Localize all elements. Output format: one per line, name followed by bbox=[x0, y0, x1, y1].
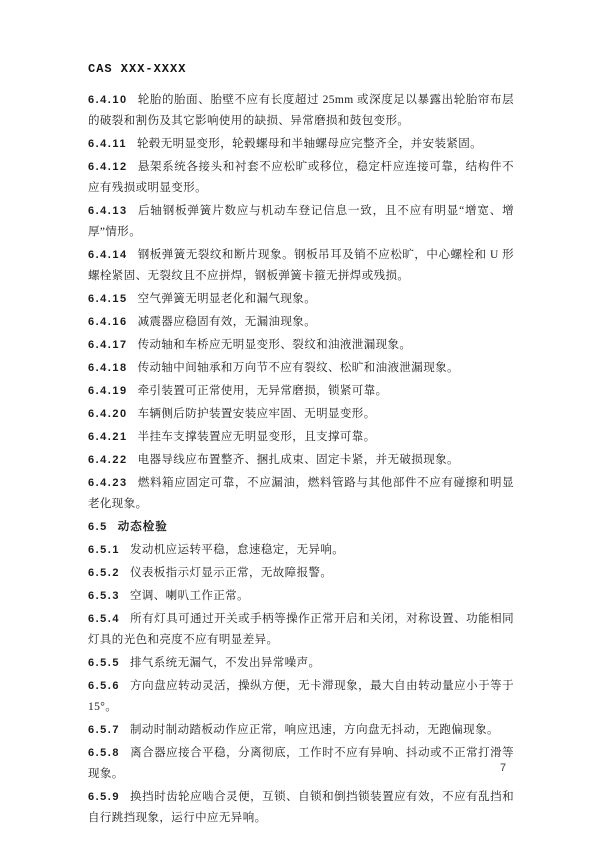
clause-number: 6.4.17 bbox=[88, 339, 128, 351]
clause-6-4-21: 6.4.21半挂车支撑装置应无明显变形，且支撑可靠。 bbox=[88, 427, 514, 448]
clause-number: 6.4.19 bbox=[88, 385, 128, 397]
clause-number: 6.4.13 bbox=[88, 205, 128, 217]
page-number: 7 bbox=[500, 762, 506, 774]
clause-text: 电器导线应布置整齐、捆扎成束、固定卡紧，并无破损现象。 bbox=[138, 454, 459, 466]
clause-6-4-20: 6.4.20车辆侧后防护装置安装应牢固、无明显变形。 bbox=[88, 404, 514, 425]
clause-6-5-5: 6.5.5排气系统无漏气，不发出异常噪声。 bbox=[88, 653, 514, 674]
clause-number: 6.5.7 bbox=[88, 724, 120, 736]
clause-text: 空调、喇叭工作正常。 bbox=[130, 590, 249, 602]
clause-text: 离合器应接合平稳，分离彻底，工作时不应有异响、抖动或不正常打滑等现象。 bbox=[88, 747, 514, 780]
clause-6-5-3: 6.5.3空调、喇叭工作正常。 bbox=[88, 586, 514, 607]
clause-number: 6.4.21 bbox=[88, 431, 128, 443]
clause-6-5-9: 6.5.9换挡时齿轮应啮合灵便，互锁、自锁和倒挡锁装置应有效，不应有乱挡和自行跳… bbox=[88, 787, 514, 829]
clause-number: 6.5.2 bbox=[88, 567, 120, 579]
clause-number: 6.4.16 bbox=[88, 316, 128, 328]
clause-text: 仪表板指示灯显示正常，无故障报警。 bbox=[130, 567, 332, 579]
clause-number: 6.5.3 bbox=[88, 590, 120, 602]
clause-6-4-19: 6.4.19牵引装置可正常使用，无异常磨损，锁紧可靠。 bbox=[88, 381, 514, 402]
clause-6-5-8: 6.5.8离合器应接合平稳，分离彻底，工作时不应有异响、抖动或不正常打滑等现象。 bbox=[88, 743, 514, 785]
clause-text: 减震器应稳固有效，无漏油现象。 bbox=[138, 316, 317, 328]
clause-text: 车辆侧后防护装置安装应牢固、无明显变形。 bbox=[138, 408, 376, 420]
clause-text: 半挂车支撑装置应无明显变形，且支撑可靠。 bbox=[138, 431, 376, 443]
clause-6-4-13: 6.4.13后轴钢板弹簧片数应与机动车登记信息一致，且不应有明显“增宽、增厚”情… bbox=[88, 201, 514, 243]
clause-6-5-6: 6.5.6方向盘应转动灵活，操纵方便，无卡滞现象，最大自由转动量应小于等于 15… bbox=[88, 676, 514, 718]
section-heading-text: 动态检验 bbox=[118, 521, 168, 533]
clause-number: 6.4.11 bbox=[88, 138, 127, 150]
clause-number: 6.4.12 bbox=[88, 161, 128, 173]
clause-6-4-18: 6.4.18传动轴中间轴承和万向节不应有裂纹、松旷和油液泄漏现象。 bbox=[88, 358, 514, 379]
clause-number: 6.4.15 bbox=[88, 293, 128, 305]
clause-number: 6.4.18 bbox=[88, 362, 128, 374]
clause-number: 6.4.14 bbox=[88, 249, 128, 261]
clause-number: 6.5.5 bbox=[88, 657, 120, 669]
clause-6-5-7: 6.5.7制动时制动踏板动作应正常，响应迅速，方向盘无抖动，无跑偏现象。 bbox=[88, 720, 514, 741]
clause-number: 6.5.9 bbox=[88, 791, 120, 803]
clause-text: 钢板弹簧无裂纹和断片现象。钢板吊耳及销不应松旷，中心螺栓和 U 形螺栓紧固、无裂… bbox=[88, 249, 514, 282]
clause-text: 轮毂无明显变形，轮毂螺母和半轴螺母应完整齐全，并安装紧固。 bbox=[137, 138, 482, 150]
clause-text: 传动轴中间轴承和万向节不应有裂纹、松旷和油液泄漏现象。 bbox=[138, 362, 459, 374]
clause-number: 6.5.4 bbox=[88, 613, 120, 625]
clause-6-5-1: 6.5.1发动机应运转平稳，怠速稳定，无异响。 bbox=[88, 540, 514, 561]
clause-number: 6.5.1 bbox=[88, 544, 120, 556]
clause-6-4-15: 6.4.15空气弹簧无明显老化和漏气现象。 bbox=[88, 289, 514, 310]
clause-6-4-10: 6.4.10轮胎的胎面、胎壁不应有长度超过 25mm 或深度足以暴露出轮胎帘布层… bbox=[88, 90, 514, 132]
clause-number: 6.4.22 bbox=[88, 454, 128, 466]
clause-number: 6.4.23 bbox=[88, 477, 128, 489]
clause-6-4-17: 6.4.17传动轴和车桥应无明显变形、裂纹和油液泄漏现象。 bbox=[88, 335, 514, 356]
clause-text: 后轴钢板弹簧片数应与机动车登记信息一致，且不应有明显“增宽、增厚”情形。 bbox=[88, 205, 514, 238]
clause-text: 发动机应运转平稳，怠速稳定，无异响。 bbox=[130, 544, 344, 556]
clause-number: 6.5.6 bbox=[88, 680, 120, 692]
section-heading-6-5: 6.5动态检验 bbox=[88, 517, 514, 538]
clause-text: 牵引装置可正常使用，无异常磨损，锁紧可靠。 bbox=[138, 385, 388, 397]
clause-number: 6.4.20 bbox=[88, 408, 128, 420]
clause-6-5-2: 6.5.2仪表板指示灯显示正常，无故障报警。 bbox=[88, 563, 514, 584]
clause-6-4-23: 6.4.23燃料箱应固定可靠，不应漏油，燃料管路与其他部件不应有碰擦和明显老化现… bbox=[88, 473, 514, 515]
document-page: CAS XXX-XXXX 6.4.10轮胎的胎面、胎壁不应有长度超过 25mm … bbox=[0, 0, 600, 848]
clause-text: 制动时制动踏板动作应正常，响应迅速，方向盘无抖动，无跑偏现象。 bbox=[130, 724, 499, 736]
clause-text: 方向盘应转动灵活，操纵方便，无卡滞现象，最大自由转动量应小于等于 15°。 bbox=[88, 680, 514, 713]
clause-text: 燃料箱应固定可靠，不应漏油，燃料管路与其他部件不应有碰擦和明显老化现象。 bbox=[88, 477, 514, 510]
clause-text: 换挡时齿轮应啮合灵便，互锁、自锁和倒挡锁装置应有效，不应有乱挡和自行跳挡现象，运… bbox=[88, 791, 514, 824]
clause-number: 6.5 bbox=[88, 521, 108, 533]
clause-number: 6.4.10 bbox=[88, 94, 128, 106]
standard-code-header: CAS XXX-XXXX bbox=[88, 62, 186, 76]
clause-text: 排气系统无漏气，不发出异常噪声。 bbox=[130, 657, 320, 669]
clause-text: 空气弹簧无明显老化和漏气现象。 bbox=[138, 293, 317, 305]
document-body: 6.4.10轮胎的胎面、胎壁不应有长度超过 25mm 或深度足以暴露出轮胎帘布层… bbox=[88, 90, 514, 831]
clause-text: 传动轴和车桥应无明显变形、裂纹和油液泄漏现象。 bbox=[138, 339, 412, 351]
clause-number: 6.5.8 bbox=[88, 747, 120, 759]
clause-6-4-22: 6.4.22电器导线应布置整齐、捆扎成束、固定卡紧，并无破损现象。 bbox=[88, 450, 514, 471]
clause-text: 悬架系统各接头和衬套不应松旷或移位，稳定杆应连接可靠，结构件不应有残损或明显变形… bbox=[88, 161, 514, 194]
clause-6-4-11: 6.4.11轮毂无明显变形，轮毂螺母和半轴螺母应完整齐全，并安装紧固。 bbox=[88, 134, 514, 155]
clause-6-4-14: 6.4.14钢板弹簧无裂纹和断片现象。钢板吊耳及销不应松旷，中心螺栓和 U 形螺… bbox=[88, 245, 514, 287]
clause-text: 所有灯具可通过开关或手柄等操作正常开启和关闭，对称设置、功能相同灯具的光色和亮度… bbox=[88, 613, 514, 646]
clause-6-4-16: 6.4.16减震器应稳固有效，无漏油现象。 bbox=[88, 312, 514, 333]
clause-6-5-4: 6.5.4所有灯具可通过开关或手柄等操作正常开启和关闭，对称设置、功能相同灯具的… bbox=[88, 609, 514, 651]
clause-6-4-12: 6.4.12悬架系统各接头和衬套不应松旷或移位，稳定杆应连接可靠，结构件不应有残… bbox=[88, 157, 514, 199]
clause-text: 轮胎的胎面、胎壁不应有长度超过 25mm 或深度足以暴露出轮胎帘布层的破裂和割伤… bbox=[88, 94, 514, 127]
